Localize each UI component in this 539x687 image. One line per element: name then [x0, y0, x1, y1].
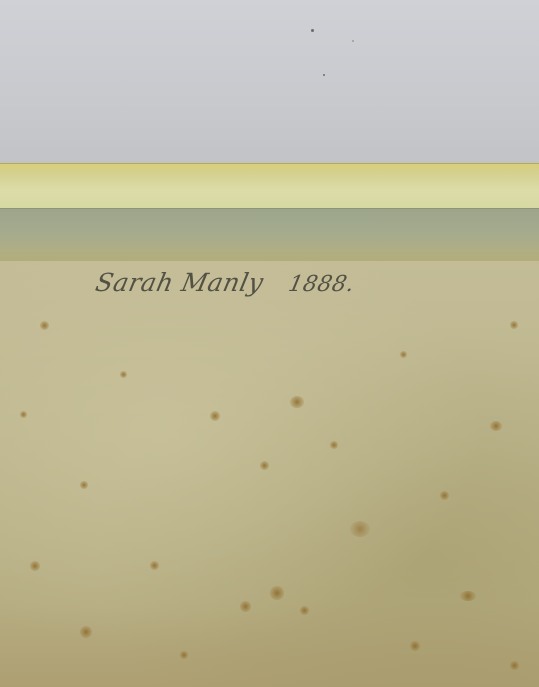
foxing-spot — [210, 411, 220, 421]
foxing-spot — [260, 461, 269, 470]
foxing-spot — [300, 606, 309, 615]
foxing-spot — [510, 661, 519, 670]
foxing-spot — [510, 321, 518, 329]
tape-strip-lower — [0, 208, 539, 262]
inscription-name: Sarah Manly — [93, 268, 266, 297]
foxing-spot — [410, 641, 420, 651]
foxing-spot — [330, 441, 338, 449]
foxing-spot — [40, 321, 49, 330]
aged-paper — [0, 261, 539, 687]
foxing-spot — [400, 351, 407, 358]
foxing-spot — [20, 411, 27, 418]
foxing-spot — [80, 481, 88, 489]
foxing-spot — [30, 561, 40, 571]
dust-speck — [311, 29, 314, 32]
foxing-spot — [350, 521, 370, 537]
dust-speck — [323, 74, 325, 76]
handwritten-inscription: Sarah Manly1888. — [93, 268, 358, 297]
foxing-spot — [440, 491, 449, 500]
foxing-spot — [80, 626, 92, 638]
foxing-spot — [240, 601, 251, 612]
foxing-spot — [290, 396, 304, 408]
foxing-spot — [270, 586, 284, 600]
tape-strip-upper — [0, 163, 539, 211]
foxing-spot — [490, 421, 502, 431]
backdrop-surface — [0, 0, 539, 164]
foxing-spot — [180, 651, 188, 659]
dust-speck — [352, 40, 354, 42]
foxing-spot — [460, 591, 476, 601]
foxing-spot — [120, 371, 127, 378]
inscription-year: 1888. — [286, 272, 357, 297]
foxing-spot — [150, 561, 159, 570]
